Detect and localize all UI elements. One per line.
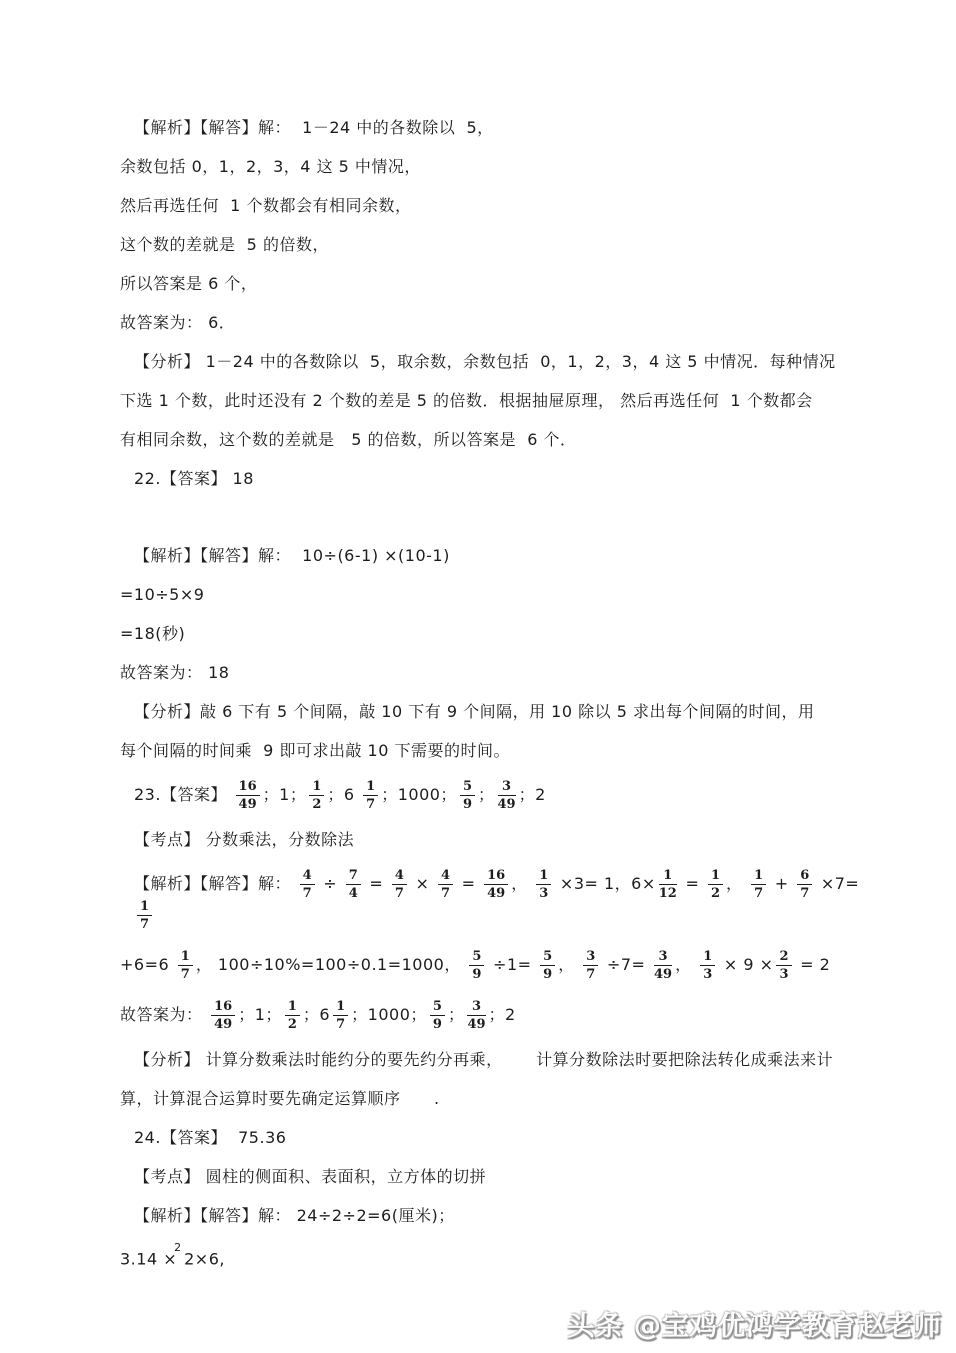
text-run: 故答案为： 6．	[120, 313, 235, 332]
text-run: ；2	[489, 1005, 516, 1024]
text-run: ，	[558, 955, 580, 974]
doc-line: 然后再选任何 1 个数都会有相同余数，	[120, 196, 860, 216]
fraction: 12	[285, 1000, 300, 1031]
text-run: =18(秒)	[120, 624, 185, 643]
text-run: +6=6	[120, 955, 175, 974]
text-run: × 9 ×	[718, 955, 773, 974]
doc-line: 【分析】 计算分数乘法时能约分的要先约分再乘， 计算分数除法时要把除法转化成乘法…	[120, 1050, 860, 1070]
text-run: ×3= 1，6×	[554, 874, 655, 893]
text-run: ；6	[303, 1005, 330, 1024]
fraction: 47	[438, 869, 453, 900]
text-run: ÷1=	[487, 955, 537, 974]
text-run: 23.【答案】	[134, 785, 233, 804]
doc-line: 23.【答案】 1649；1；12；6 17；1000；59；349；2	[120, 780, 860, 811]
text-run: 有相同余数，这个数的差就是 5 的倍数，所以答案是 6 个．	[120, 430, 576, 449]
fraction: 17	[751, 869, 766, 900]
fraction-denominator: 49	[236, 796, 260, 811]
text-run: ÷	[318, 874, 343, 893]
text-run: 余数包括 0，1，2，3，4 这 5 中情况，	[120, 157, 421, 176]
fraction-denominator: 3	[700, 966, 715, 981]
doc-line: 故答案为： 6．	[120, 313, 860, 333]
doc-line: 这个数的差就是 5 的倍数，	[120, 235, 860, 255]
fraction-denominator: 9	[460, 796, 475, 811]
fraction-denominator: 7	[300, 885, 315, 900]
fraction-denominator: 7	[438, 885, 453, 900]
fraction-denominator: 9	[540, 966, 555, 981]
doc-line: 余数包括 0，1，2，3，4 这 5 中情况，	[120, 157, 860, 177]
fraction: 74	[346, 869, 361, 900]
fraction-denominator: 49	[654, 966, 672, 981]
fraction-numerator: 1	[309, 780, 324, 796]
fraction-numerator: 5	[430, 1000, 445, 1016]
text-run: ，	[726, 874, 748, 893]
fraction-denominator: 7	[751, 885, 766, 900]
doc-line: 24.【答案】 75.36	[120, 1128, 860, 1148]
fraction: 17	[178, 950, 193, 981]
doc-line: 有相同余数，这个数的差就是 5 的倍数，所以答案是 6 个．	[120, 430, 860, 450]
doc-line: =18(秒)	[120, 624, 860, 644]
fraction-denominator: 49	[484, 885, 508, 900]
fraction-numerator: 4	[438, 869, 453, 885]
fraction-numerator: 1	[708, 869, 723, 885]
text-run: ，	[511, 874, 533, 893]
fraction: 47	[300, 869, 315, 900]
fraction-numerator: 16	[236, 780, 260, 796]
fraction: 12	[708, 869, 723, 900]
superscript: 2	[174, 1241, 181, 1254]
fraction: 349	[498, 780, 516, 811]
text-run: 2×6,	[184, 1249, 225, 1268]
text-run: =10÷5×9	[120, 585, 204, 604]
text-run: ÷7=	[601, 955, 651, 974]
fraction: 13	[536, 869, 551, 900]
doc-line: 【分析】 1－24 中的各数除以 5，取余数，余数包括 0，1，2，3，4 这 …	[120, 352, 860, 372]
fraction-numerator: 1	[700, 950, 715, 966]
doc-line: +6=6 17， 100÷10%=100÷0.1=1000， 59 ÷1= 59…	[120, 950, 860, 981]
fraction: 13	[700, 950, 715, 981]
fraction: 59	[540, 950, 555, 981]
text-run: = 2	[795, 955, 831, 974]
fraction-numerator: 16	[211, 1000, 235, 1016]
text-run: 22.【答案】 18	[134, 469, 254, 488]
text-run: 【分析】 计算分数乘法时能约分的要先约分再乘， 计算分数除法时要把除法转化成乘法…	[134, 1050, 833, 1069]
fraction: 349	[654, 950, 672, 981]
doc-line: 【考点】 圆柱的侧面积、表面积，立方体的切拼	[120, 1167, 860, 1187]
fraction: 67	[797, 869, 812, 900]
fraction-numerator: 7	[346, 869, 361, 885]
text-run: 故答案为： 18	[120, 663, 229, 682]
fraction-denominator: 49	[467, 1016, 485, 1031]
doc-line: 【解析】【解答】解： 1－24 中的各数除以 5，	[120, 118, 860, 138]
fraction: 59	[430, 1000, 445, 1031]
doc-line: 下选 1 个数，此时还没有 2 个数的差是 5 的倍数．根据抽屉原理， 然后再选…	[120, 391, 860, 411]
fraction-denominator: 7	[392, 885, 407, 900]
fraction: 1649	[484, 869, 508, 900]
fraction-numerator: 5	[540, 950, 555, 966]
fraction: 59	[460, 780, 475, 811]
fraction-denominator: 49	[211, 1016, 235, 1031]
text-run: 然后再选任何 1 个数都会有相同余数，	[120, 196, 411, 215]
fraction-numerator: 3	[654, 950, 672, 966]
text-run: ；1；	[238, 1005, 282, 1024]
fraction: 112	[659, 869, 677, 900]
text-run: 【考点】 分数乘法，分数除法	[134, 830, 354, 849]
fraction-denominator: 4	[346, 885, 361, 900]
fraction: 17	[363, 780, 378, 811]
text-run: 【分析】 1－24 中的各数除以 5，取余数，余数包括 0，1，2，3，4 这 …	[134, 352, 836, 371]
fraction-denominator: 7	[363, 796, 378, 811]
text-run: ， 100÷10%=100÷0.1=1000，	[196, 955, 467, 974]
text-run: ×	[410, 874, 435, 893]
text-run: 【解析】【解答】解：	[134, 874, 297, 893]
text-run: 3.14 ×	[120, 1249, 177, 1268]
fraction: 12	[309, 780, 324, 811]
text-run: =	[364, 874, 389, 893]
fraction: 17	[137, 900, 152, 931]
fraction-denominator: 9	[469, 966, 484, 981]
document-page: 【解析】【解答】解： 1－24 中的各数除以 5，余数包括 0，1，2，3，4 …	[0, 0, 956, 1353]
text-run: =	[680, 874, 705, 893]
text-run: 算，计算混合运算时要先确定运算顺序 .	[120, 1089, 440, 1108]
doc-line: 每个间隔的时间乘 9 即可求出敲 10 下需要的时间。	[120, 741, 860, 761]
doc-line: 故答案为： 1649；1；12；617；1000；59；349；2	[120, 1000, 860, 1031]
text-run: 【分析】敲 6 下有 5 个间隔，敲 10 下有 9 个间隔，用 10 除以 5…	[134, 702, 814, 721]
text-run: 【考点】 圆柱的侧面积、表面积，立方体的切拼	[134, 1167, 486, 1186]
fraction-denominator: 49	[498, 796, 516, 811]
fraction-denominator: 7	[333, 1016, 348, 1031]
text-run: 【解析】【解答】解： 10÷(6-1) ×(10-1)	[134, 546, 450, 565]
text-run: 故答案为：	[120, 1005, 208, 1024]
doc-line: 3.14 ×22×6,	[120, 1245, 860, 1269]
watermark: 头条 @宝鸡优鸿学教育赵老师	[568, 1304, 942, 1343]
text-run: ；1；	[263, 785, 307, 804]
text-run: 下选 1 个数，此时还没有 2 个数的差是 5 的倍数．根据抽屉原理， 然后再选…	[120, 391, 813, 410]
fraction-denominator: 7	[797, 885, 812, 900]
fraction-numerator: 1	[178, 950, 193, 966]
fraction-denominator: 2	[708, 885, 723, 900]
text-run: ；2	[519, 785, 546, 804]
text-run: 【解析】【解答】解： 24÷2÷2=6(厘米)；	[134, 1206, 455, 1225]
fraction-numerator: 1	[536, 869, 551, 885]
fraction: 1649	[236, 780, 260, 811]
document-body: 【解析】【解答】解： 1－24 中的各数除以 5，余数包括 0，1，2，3，4 …	[120, 118, 860, 1288]
fraction-numerator: 1	[659, 869, 677, 885]
fraction-denominator: 2	[285, 1016, 300, 1031]
fraction-numerator: 1	[751, 869, 766, 885]
text-run: 所以答案是 6 个，	[120, 274, 257, 293]
fraction-denominator: 9	[430, 1016, 445, 1031]
doc-line: 【解析】【解答】解： 47 ÷ 74 = 47 × 47 = 1649， 13 …	[120, 869, 860, 931]
fraction-numerator: 1	[137, 900, 152, 916]
fraction-numerator: 1	[363, 780, 378, 796]
text-run: ；1000；	[351, 1005, 427, 1024]
fraction-numerator: 4	[300, 869, 315, 885]
doc-line: 算，计算混合运算时要先确定运算顺序 .	[120, 1089, 860, 1109]
fraction: 59	[469, 950, 484, 981]
doc-line: 所以答案是 6 个，	[120, 274, 860, 294]
text-run: 24.【答案】 75.36	[134, 1128, 286, 1147]
fraction-numerator: 4	[392, 869, 407, 885]
fraction-numerator: 1	[285, 1000, 300, 1016]
doc-line: 【解析】【解答】解： 10÷(6-1) ×(10-1)	[120, 546, 860, 566]
fraction-numerator: 1	[333, 1000, 348, 1016]
fraction-denominator: 3	[776, 966, 791, 981]
fraction: 17	[333, 1000, 348, 1031]
text-run: 这个数的差就是 5 的倍数，	[120, 235, 329, 254]
fraction-numerator: 2	[776, 950, 791, 966]
doc-line: 【分析】敲 6 下有 5 个间隔，敲 10 下有 9 个间隔，用 10 除以 5…	[120, 702, 860, 722]
doc-line: 22.【答案】 18	[120, 469, 860, 489]
fraction-denominator: 3	[536, 885, 551, 900]
fraction-numerator: 3	[467, 1000, 485, 1016]
fraction-denominator: 7	[178, 966, 193, 981]
text-run: =	[456, 874, 481, 893]
fraction-numerator: 6	[797, 869, 812, 885]
doc-line: 故答案为： 18	[120, 663, 860, 683]
fraction: 349	[467, 1000, 485, 1031]
fraction: 1649	[211, 1000, 235, 1031]
text-run: ；	[448, 1005, 465, 1024]
fraction: 47	[392, 869, 407, 900]
fraction-numerator: 5	[469, 950, 484, 966]
fraction-denominator: 2	[309, 796, 324, 811]
text-run: +	[769, 874, 794, 893]
fraction: 37	[583, 950, 598, 981]
text-run: ×7=	[815, 874, 865, 893]
doc-line: =10÷5×9	[120, 585, 860, 605]
fraction-numerator: 3	[583, 950, 598, 966]
text-run: ，	[675, 955, 697, 974]
text-run: ；6	[327, 785, 360, 804]
fraction-denominator: 12	[659, 885, 677, 900]
text-run: 【解析】【解答】解： 1－24 中的各数除以 5，	[134, 118, 494, 137]
fraction-denominator: 7	[583, 966, 598, 981]
fraction-numerator: 16	[484, 869, 508, 885]
fraction-denominator: 7	[137, 916, 152, 931]
fraction-numerator: 5	[460, 780, 475, 796]
doc-line: 【解析】【解答】解： 24÷2÷2=6(厘米)；	[120, 1206, 860, 1226]
text-run: ；	[478, 785, 495, 804]
fraction-numerator: 3	[498, 780, 516, 796]
doc-line: 【考点】 分数乘法，分数除法	[120, 830, 860, 850]
text-run: ；1000；	[381, 785, 457, 804]
text-run: 每个间隔的时间乘 9 即可求出敲 10 下需要的时间。	[120, 741, 510, 760]
fraction: 23	[776, 950, 791, 981]
